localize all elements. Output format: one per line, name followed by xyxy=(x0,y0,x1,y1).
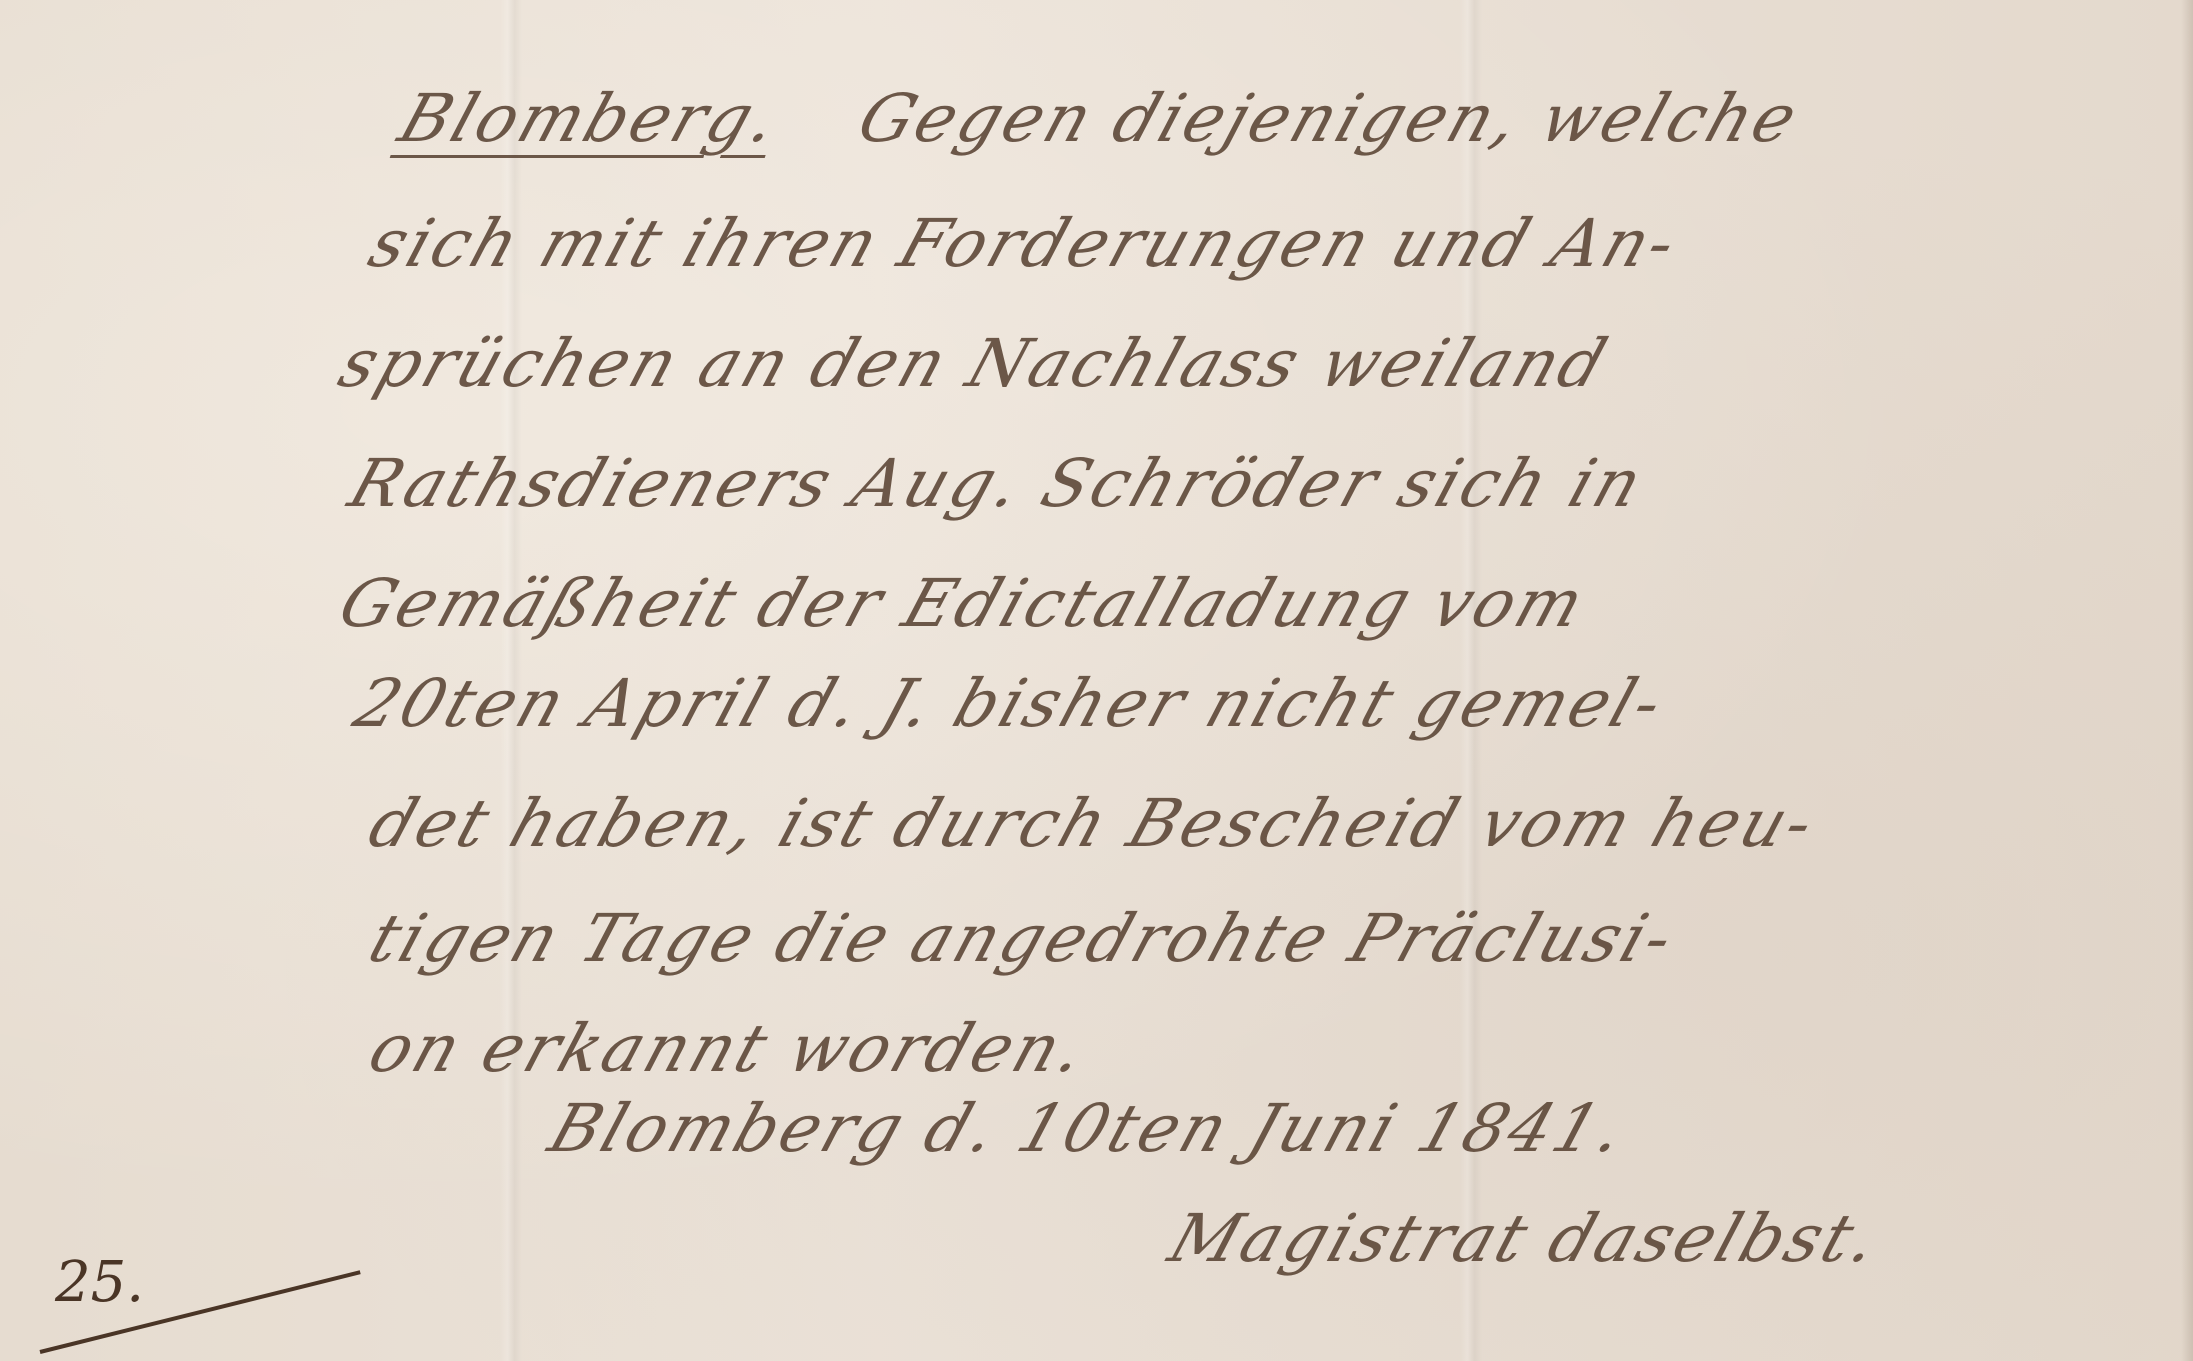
signature: Magistrat daselbst. xyxy=(1160,1200,1890,1277)
text-line: Rathsdieners Aug. Schröder sich in xyxy=(340,445,1654,522)
text-line: Gegen diejenigen, welche xyxy=(849,80,1809,157)
dateline: Blomberg d. 10ten Juni 1841. xyxy=(540,1090,1637,1167)
heading-place: Blomberg. xyxy=(390,80,790,157)
text-line: Gemäßheit der Edictalladung vom xyxy=(330,565,1596,642)
text-line: det haben, ist durch Bescheid vom heu- xyxy=(360,785,1826,862)
text-line: sprüchen an den Nachlass weiland xyxy=(330,325,1618,402)
text-line: 20ten April d. J. bisher nicht gemel- xyxy=(345,665,1675,742)
paper-edge xyxy=(2181,0,2193,1361)
text-line: on erkannt worden. xyxy=(360,1010,1097,1087)
text-line: tigen Tage die angedrohte Präclusi- xyxy=(360,900,1685,977)
heading-line: Blomberg. Gegen diejenigen, welche xyxy=(390,80,1809,157)
page-number: 25. xyxy=(55,1250,144,1315)
text-line: sich mit ihren Forderungen und An- xyxy=(360,205,1688,282)
